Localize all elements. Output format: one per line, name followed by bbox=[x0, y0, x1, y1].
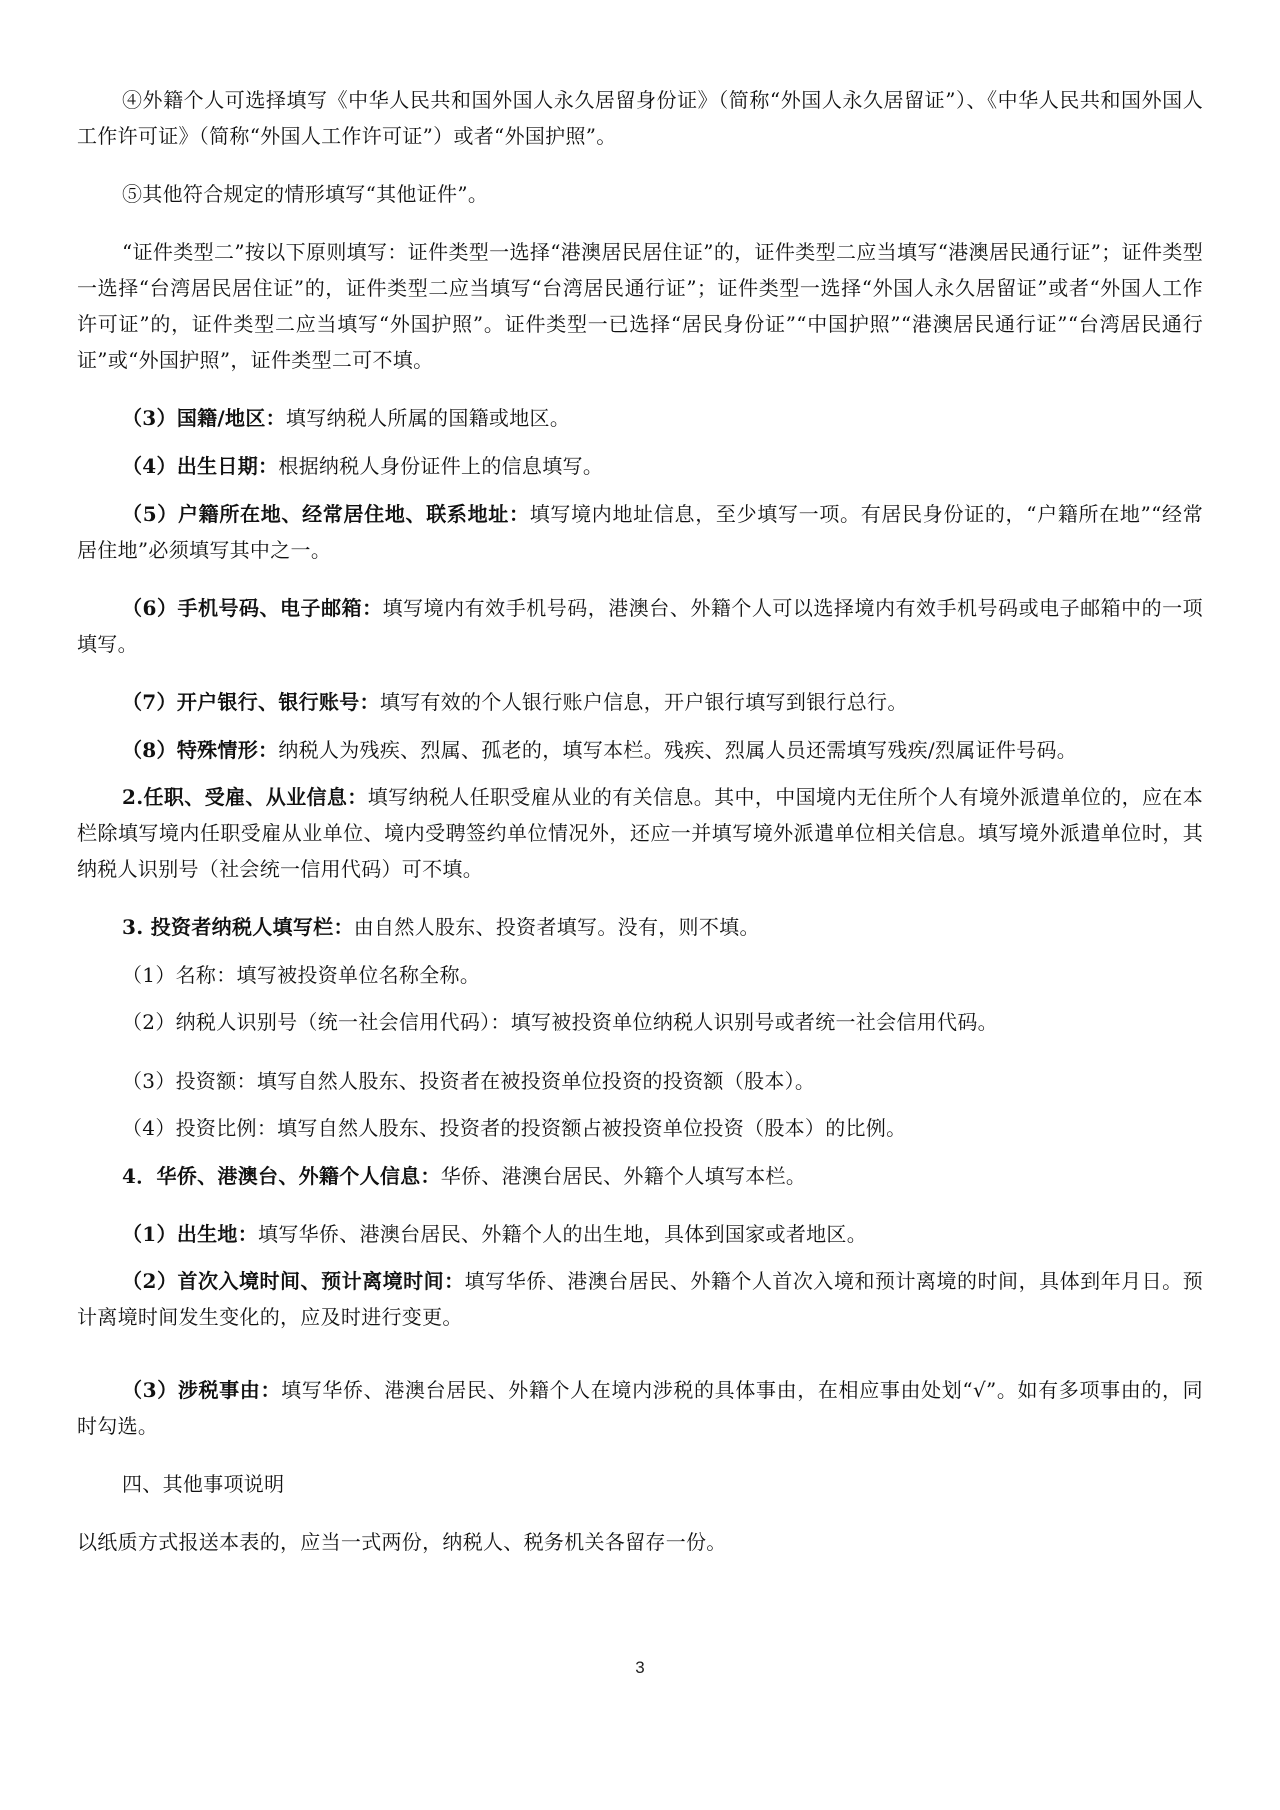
paragraph-foreign-id-options: ④外籍个人可选择填写《中华人民共和国外国人永久居留身份证》（简称“外国人永久居留… bbox=[77, 82, 1203, 154]
paragraph-text: 纳税人为残疾、烈属、孤老的，填写本栏。残疾、烈属人员还需填写残疾/烈属证件号码。 bbox=[278, 738, 1077, 762]
paragraph-investment-ratio: （4）投资比例：填写自然人股东、投资者的投资额占被投资单位投资（股本）的比例。 bbox=[77, 1110, 1203, 1146]
paragraph-investor-section: 3. 投资者纳税人填写栏：由自然人股东、投资者填写。没有，则不填。 bbox=[77, 909, 1203, 945]
paragraph-label: 2.任职、受雇、从业信息： bbox=[122, 785, 368, 809]
paragraph-text: 四、其他事项说明 bbox=[122, 1472, 284, 1496]
paragraph-tax-reason: （3）涉税事由：填写华侨、港澳台居民、外籍个人在境内涉税的具体事由，在相应事由处… bbox=[77, 1372, 1203, 1444]
paragraph-investee-name: （1）名称：填写被投资单位名称全称。 bbox=[77, 957, 1203, 993]
paragraph-text: 填写华侨、港澳台居民、外籍个人的出生地，具体到国家或者地区。 bbox=[258, 1222, 867, 1246]
paragraph-text: “证件类型二”按以下原则填写：证件类型一选择“港澳居民居住证”的，证件类型二应当… bbox=[77, 240, 1203, 372]
paragraph-label: （2）首次入境时间、预计离境时间： bbox=[122, 1269, 465, 1293]
paragraph-label: （7）开户银行、银行账号： bbox=[122, 690, 380, 714]
section-heading-other-matters: 四、其他事项说明 bbox=[77, 1466, 1203, 1502]
paragraph-taxpayer-id: （2）纳税人识别号（统一社会信用代码）：填写被投资单位纳税人识别号或者统一社会信… bbox=[77, 1004, 1203, 1040]
paragraph-overseas-section: 4．华侨、港澳台、外籍个人信息：华侨、港澳台居民、外籍个人填写本栏。 bbox=[77, 1158, 1203, 1194]
paragraph-text: ⑤其他符合规定的情形填写“其他证件”。 bbox=[122, 182, 488, 206]
paragraph-text: （2）纳税人识别号（统一社会信用代码）：填写被投资单位纳税人识别号或者统一社会信… bbox=[122, 1010, 998, 1034]
paragraph-label: （4）出生日期： bbox=[122, 454, 278, 478]
paragraph-bank-account: （7）开户银行、银行账号：填写有效的个人银行账户信息，开户银行填写到银行总行。 bbox=[77, 684, 1203, 720]
paragraph-text: （4）投资比例：填写自然人股东、投资者的投资额占被投资单位投资（股本）的比例。 bbox=[122, 1116, 906, 1140]
paragraph-text: 华侨、港澳台居民、外籍个人填写本栏。 bbox=[441, 1164, 806, 1188]
paragraph-label: 4．华侨、港澳台、外籍个人信息： bbox=[122, 1164, 441, 1188]
paragraph-employment-info: 2.任职、受雇、从业信息：填写纳税人任职受雇从业的有关信息。其中，中国境内无住所… bbox=[77, 779, 1203, 887]
paragraph-label: （6）手机号码、电子邮箱： bbox=[122, 596, 383, 620]
page-number: 3 bbox=[0, 1658, 1280, 1678]
paragraph-label: （1）出生地： bbox=[122, 1222, 258, 1246]
paragraph-text: 由自然人股东、投资者填写。没有，则不填。 bbox=[354, 915, 760, 939]
paragraph-text: ④外籍个人可选择填写《中华人民共和国外国人永久居留身份证》（简称“外国人永久居留… bbox=[77, 88, 1203, 148]
paragraph-birth-date: （4）出生日期：根据纳税人身份证件上的信息填写。 bbox=[77, 448, 1203, 484]
paragraph-birthplace: （1）出生地：填写华侨、港澳台居民、外籍个人的出生地，具体到国家或者地区。 bbox=[77, 1216, 1203, 1252]
paragraph-text: 填写有效的个人银行账户信息，开户银行填写到银行总行。 bbox=[380, 690, 908, 714]
paragraph-label: （3）国籍/地区： bbox=[122, 406, 286, 430]
paragraph-nationality: （3）国籍/地区：填写纳税人所属的国籍或地区。 bbox=[77, 400, 1203, 436]
document-page: ④外籍个人可选择填写《中华人民共和国外国人永久居留身份证》（简称“外国人永久居留… bbox=[0, 0, 1280, 1810]
paragraph-label: （8）特殊情形： bbox=[122, 738, 278, 762]
paragraph-text: （1）名称：填写被投资单位名称全称。 bbox=[122, 963, 480, 987]
paragraph-text: （3）投资额：填写自然人股东、投资者在被投资单位投资的投资额（股本）。 bbox=[122, 1069, 815, 1093]
paragraph-phone-email: （6）手机号码、电子邮箱：填写境内有效手机号码，港澳台、外籍个人可以选择境内有效… bbox=[77, 590, 1203, 662]
paragraph-label: （5）户籍所在地、经常居住地、联系地址： bbox=[122, 502, 530, 526]
paragraph-label: 3. 投资者纳税人填写栏： bbox=[122, 915, 354, 939]
paragraph-text: 填写纳税人所属的国籍或地区。 bbox=[286, 406, 570, 430]
paragraph-address: （5）户籍所在地、经常居住地、联系地址：填写境内地址信息，至少填写一项。有居民身… bbox=[77, 496, 1203, 568]
paragraph-entry-exit-time: （2）首次入境时间、预计离境时间：填写华侨、港澳台居民、外籍个人首次入境和预计离… bbox=[77, 1263, 1203, 1335]
paragraph-document-type-two: “证件类型二”按以下原则填写：证件类型一选择“港澳居民居住证”的，证件类型二应当… bbox=[77, 234, 1203, 378]
paragraph-text: 以纸质方式报送本表的，应当一式两份，纳税人、税务机关各留存一份。 bbox=[77, 1530, 727, 1554]
paragraph-text: 根据纳税人身份证件上的信息填写。 bbox=[278, 454, 603, 478]
paragraph-special-circumstances: （8）特殊情形：纳税人为残疾、烈属、孤老的，填写本栏。残疾、烈属人员还需填写残疾… bbox=[77, 732, 1203, 768]
paragraph-paper-submission: 以纸质方式报送本表的，应当一式两份，纳税人、税务机关各留存一份。 bbox=[77, 1524, 1203, 1560]
paragraph-label: （3）涉税事由： bbox=[122, 1378, 281, 1402]
paragraph-investment-amount: （3）投资额：填写自然人股东、投资者在被投资单位投资的投资额（股本）。 bbox=[77, 1063, 1203, 1099]
paragraph-other-documents: ⑤其他符合规定的情形填写“其他证件”。 bbox=[77, 176, 1203, 212]
